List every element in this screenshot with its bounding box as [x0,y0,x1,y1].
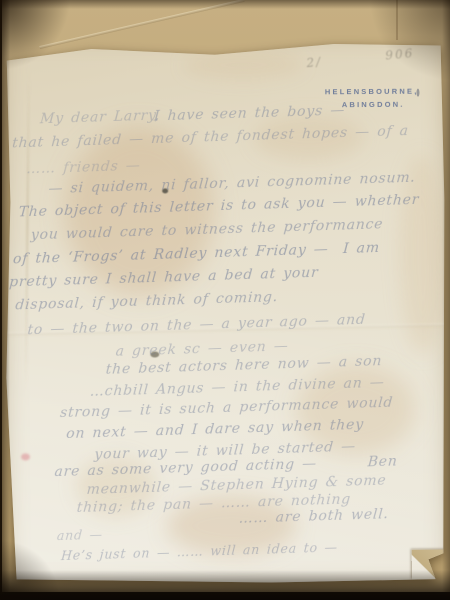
stain [7,519,12,524]
photo-of-letter: HELENSBOURNE, ABINGDON. 2/ 906 My dear L… [0,0,450,600]
handwriting-line: disposal, if you think of coming. [15,289,279,313]
handwriting-line: of the ‘Frogs’ at Radley next Friday — I… [12,240,380,268]
salutation: My dear Larry, [39,108,160,128]
handwritten-date: 2/ 906 [306,46,415,70]
handwriting-line: I have seen the boys — [153,102,345,124]
handwriting-line: …… friends — [26,158,141,178]
handwriting-line: on next — and I dare say when they [66,417,365,442]
handwriting-line: …… are both well. [238,506,389,527]
handwriting-line: you would care to witness the performanc… [30,216,384,243]
handwriting-line: He’s just on — …… will an idea to — [61,539,339,563]
letterhead-house-name: HELENSBOURNE, [325,85,419,99]
letter-paper-wrap: HELENSBOURNE, ABINGDON. 2/ 906 My dear L… [5,36,446,585]
handwriting-line: and — [56,527,103,543]
handwriting-line: pretty sure I shall have a bed at your [9,265,319,291]
stain [183,49,303,80]
stain [21,453,30,460]
handwriting-line: that he failed — me of the fondest hopes… [12,123,410,152]
mat-crease [396,0,398,40]
paper-crease [25,59,30,389]
letter-paper: HELENSBOURNE, ABINGDON. 2/ 906 My dear L… [3,34,448,586]
folded-corner [412,549,446,579]
handwriting-line: to — the two on the — a year ago — and [27,312,366,339]
